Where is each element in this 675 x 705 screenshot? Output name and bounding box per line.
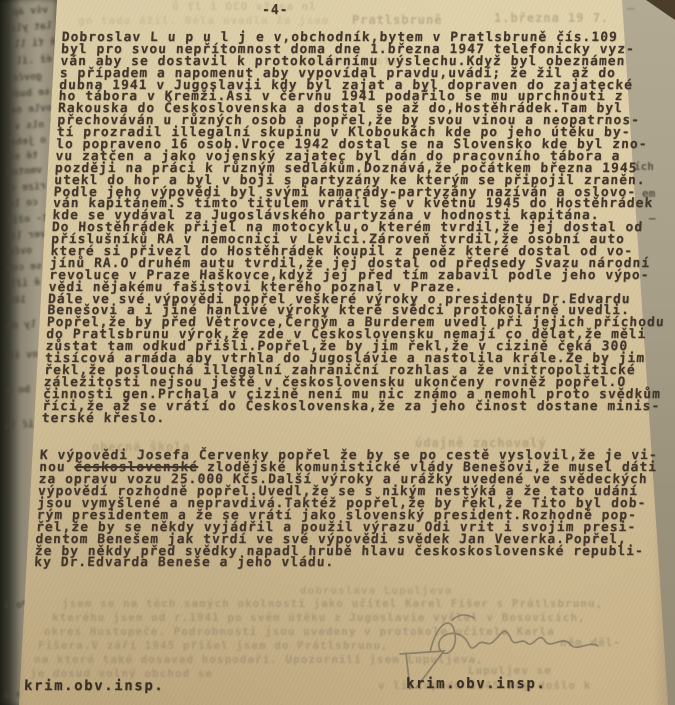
mirrored-bleedthrough-text: ě ťi ll: [14, 37, 57, 51]
mirrored-bleedthrough-text: rize v: [10, 181, 47, 194]
mirrored-bleedthrough-text: ič ls: [4, 419, 35, 432]
mirrored-bleedthrough-text: ly dě: [6, 319, 37, 332]
mirrored-bleedthrough-text: co le: [8, 197, 39, 210]
text-line: ky Dr.Edvarda Beneše a jeho vládu.: [34, 557, 667, 569]
bleedthrough-text: ů ťl i OCO vž sa nl: [172, 0, 317, 13]
paragraph: Dobroslav L u p u l j e v,obchodník,byte…: [41, 32, 675, 424]
mirrored-bleedthrough-text: tě ov: [8, 150, 39, 163]
mirrored-bleedthrough-text: bo e: [6, 384, 31, 397]
mirrored-bleedthrough-text: éž .il: [16, 54, 53, 67]
mirrored-bleedthrough-text: ver ls: [10, 229, 47, 242]
bleedthrough-text: go tado ážil. Běla uvadla ža jsam: [78, 14, 330, 27]
mirrored-bleedthrough-text: ovle ne: [10, 103, 53, 117]
bleedthrough-text: Pratlsbruně: [352, 13, 442, 27]
signature-title-right: krim.obv.insp.: [406, 676, 546, 692]
mirrored-bleedthrough-text: t- ožil: [6, 213, 49, 227]
mirrored-bleedthrough-text: se cov: [6, 261, 43, 274]
scanned-document-photo: všv ápllat ylvě ťi lléž .ilgovčose budeo…: [0, 0, 675, 705]
mirrored-bleedthrough-text: všv ápl: [6, 5, 49, 19]
text-line: terské křeslo.: [41, 413, 674, 425]
mirrored-bleedthrough-text: o jeho: [10, 135, 47, 148]
mirrored-bleedthrough-text: ě ižl: [10, 277, 41, 290]
mirrored-bleedthrough-text: se bude: [8, 87, 51, 101]
mirrored-bleedthrough-text: govčo: [12, 71, 43, 84]
mirrored-bleedthrough-text: 10X: [8, 294, 27, 306]
bleedthrough-text: Fišera.V září 1945 přišel jsem do Prátls…: [38, 639, 389, 652]
typewritten-body-text: Dobroslav L u p u l j e v,obchodník,byte…: [34, 32, 675, 569]
signature-title-left: krim.obv.insp.: [24, 678, 165, 694]
mirrored-bleedthrough-text: ov šl: [8, 349, 39, 362]
bleedthrough-text: —: [627, 1, 635, 15]
mirrored-bleedthrough-text: vmotod: [6, 165, 43, 178]
page-number: -4-: [262, 3, 288, 18]
bleedthrough-text: 1.března 19 7.: [494, 11, 609, 25]
paragraph: K výpovědi Josefa Červenky popřel že by …: [34, 450, 672, 569]
mirrored-bleedthrough-text: ovčo: [8, 245, 33, 258]
mirrored-bleedthrough-text: lat ylv: [10, 21, 53, 35]
